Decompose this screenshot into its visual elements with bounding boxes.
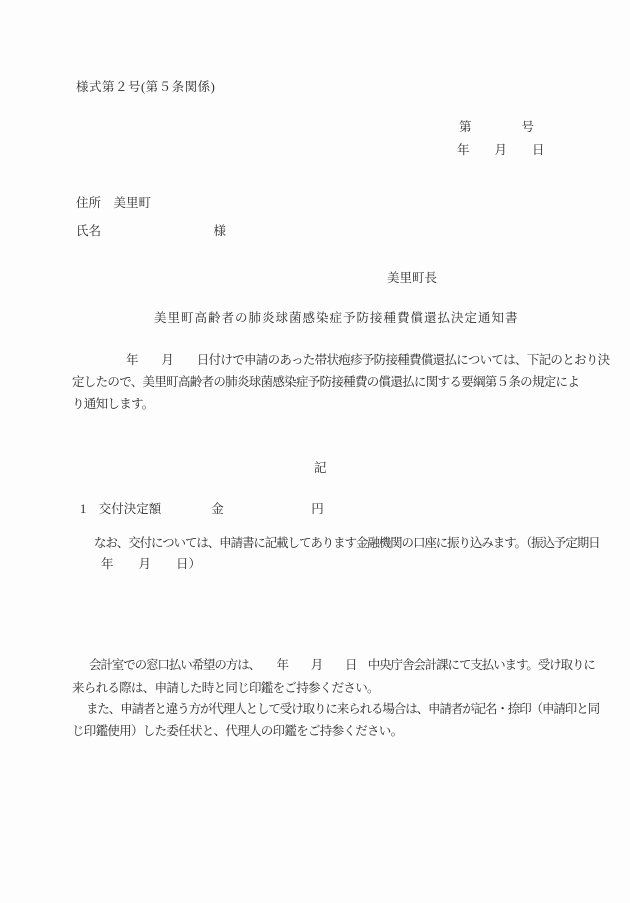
- footer-line-2: 来られる際は、申請した時と同じ印鑑をご持参ください。: [72, 681, 379, 696]
- form-number: 様式第２号(第５条関係): [76, 80, 215, 95]
- recipient-address-line: 住所 美里町: [76, 196, 151, 211]
- footer-line-4: じ印鑑使用）した委任状と、代理人の印鑑をご持参ください。: [72, 724, 402, 739]
- body-line-3: り通知します。: [72, 397, 154, 412]
- grant-amount-line: 1 交付決定額 金 円: [80, 502, 324, 517]
- body-line-1: 年 月 日付けで申請のあった帯状疱疹予防接種費償還払については、下記のとおり決: [126, 353, 609, 368]
- document-page: 様式第２号(第５条関係) 第 号 年 月 日 住所 美里町 氏名 様 美里町長 …: [0, 0, 630, 903]
- note-line-2: 年 月 日）: [101, 557, 201, 572]
- document-title: 美里町高齢者の肺炎球菌感染症予防接種費償還払決定通知書: [154, 311, 519, 326]
- footer-line-3: また、申請者と違う方が代理人として受け取りに来られる場合は、申請者が記名・捺印（…: [86, 702, 599, 717]
- note-line-1: なお、交付については、申請書に記載してあります金融機関の口座に振り込みます。（振…: [94, 536, 600, 551]
- issue-date-line: 年 月 日: [457, 143, 545, 158]
- issue-number-line: 第 号: [459, 120, 534, 135]
- sender-name: 美里町長: [387, 271, 437, 286]
- footer-line-1: 会計室での窓口払い希望の方は、 年 月 日 中央庁舎会計課にて支払います。受け取…: [89, 658, 595, 673]
- body-line-2: 定したので、美里町高齢者の肺炎球菌感染症予防接種費の償還払に関する要綱第５条の規…: [72, 375, 579, 390]
- ki-marker: 記: [314, 461, 327, 476]
- recipient-name-line: 氏名 様: [76, 224, 226, 239]
